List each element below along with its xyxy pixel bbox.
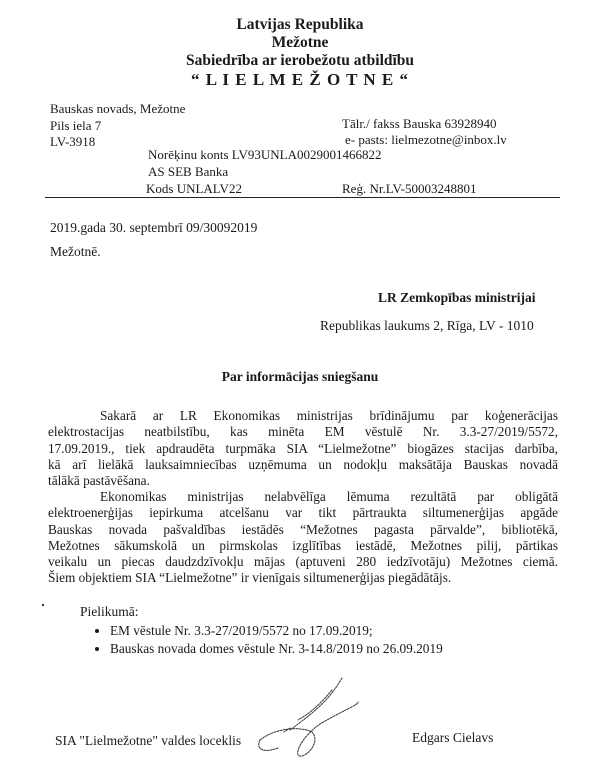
recipient-name: LR Zemkopības ministrijai bbox=[378, 290, 536, 306]
header-divider bbox=[45, 197, 560, 198]
attachments-list: EM vēstule Nr. 3.3-27/2019/5572 no 17.09… bbox=[90, 622, 443, 658]
registration-number: Reģ. Nr.LV-50003248801 bbox=[342, 181, 476, 197]
scan-speck bbox=[42, 604, 44, 606]
address-line-3: LV-3918 bbox=[50, 134, 95, 150]
address-line-2: Pils iela 7 bbox=[50, 118, 101, 134]
paragraph-1-line: kā arī lielākā lauksaimniecības uzņēmuma… bbox=[48, 457, 558, 473]
paragraph-2: Ekonomikas ministrijas nelabvēlīga lēmum… bbox=[48, 489, 558, 587]
place: Mežotnē. bbox=[50, 244, 101, 260]
bank-name: AS SEB Banka bbox=[148, 164, 228, 180]
handwritten-signature bbox=[250, 668, 370, 764]
bank-code: Kods UNLALV22 bbox=[146, 181, 242, 197]
paragraph-2-line: Mežotnes sākumskolā un pirmskolas izglīt… bbox=[48, 538, 558, 554]
paragraph-2-line: Ekonomikas ministrijas nelabvēlīga lēmum… bbox=[48, 489, 558, 505]
paragraph-1-line: 17.09.2019., tiek apdraudēta turpmāka SI… bbox=[48, 441, 558, 457]
letterhead-company-name: “ L I E L M E Ž O T N E “ bbox=[0, 70, 600, 90]
signatory-name: Edgars Cielavs bbox=[412, 730, 493, 746]
address-line-1: Bauskas novads, Mežotne bbox=[50, 101, 185, 117]
letterhead-company-type: Sabiedrība ar ierobežotu atbildību bbox=[0, 52, 600, 70]
paragraph-2-line: Bauskas novada pašvaldības iestādēs “Mež… bbox=[48, 522, 558, 538]
paragraph-1-line: elektrostacijas neatbilstību, kas minēta… bbox=[48, 424, 558, 440]
paragraph-2-line: Šiem objektiem SIA “Lielmežotne” ir vien… bbox=[48, 570, 558, 586]
letterhead-country: Latvijas Republika bbox=[0, 16, 600, 34]
attachment-item: Bauskas novada domes vēstule Nr. 3-14.8/… bbox=[110, 640, 443, 658]
date-reference: 2019.gada 30. septembrī 09/30092019 bbox=[50, 220, 257, 236]
paragraph-1-line: tālākā pastāvēšana. bbox=[48, 473, 558, 489]
bank-account: Norēķinu konts LV93UNLA0029001466822 bbox=[148, 147, 382, 163]
paragraph-2-line: veikalu un piecas daudzdzīvokļu mājas (a… bbox=[48, 554, 558, 570]
paragraph-2-line: elektroenerģijas iepirkuma atcelšanu var… bbox=[48, 505, 558, 521]
email: e- pasts: lielmezotne@inbox.lv bbox=[345, 132, 507, 148]
phone-fax: Tālr./ fakss Bauska 63928940 bbox=[342, 116, 497, 132]
signatory-position: SIA "Lielmežotne" valdes loceklis bbox=[55, 733, 241, 749]
paragraph-1: Sakarā ar LR Ekonomikas ministrijas brīd… bbox=[48, 408, 558, 489]
paragraph-1-line: Sakarā ar LR Ekonomikas ministrijas brīd… bbox=[48, 408, 558, 424]
attachments-label: Pielikumā: bbox=[80, 604, 139, 620]
attachment-item: EM vēstule Nr. 3.3-27/2019/5572 no 17.09… bbox=[110, 622, 443, 640]
letterhead-place: Mežotne bbox=[0, 34, 600, 52]
recipient-address: Republikas laukums 2, Rīga, LV - 1010 bbox=[320, 318, 534, 334]
subject: Par informācijas sniegšanu bbox=[0, 369, 600, 385]
